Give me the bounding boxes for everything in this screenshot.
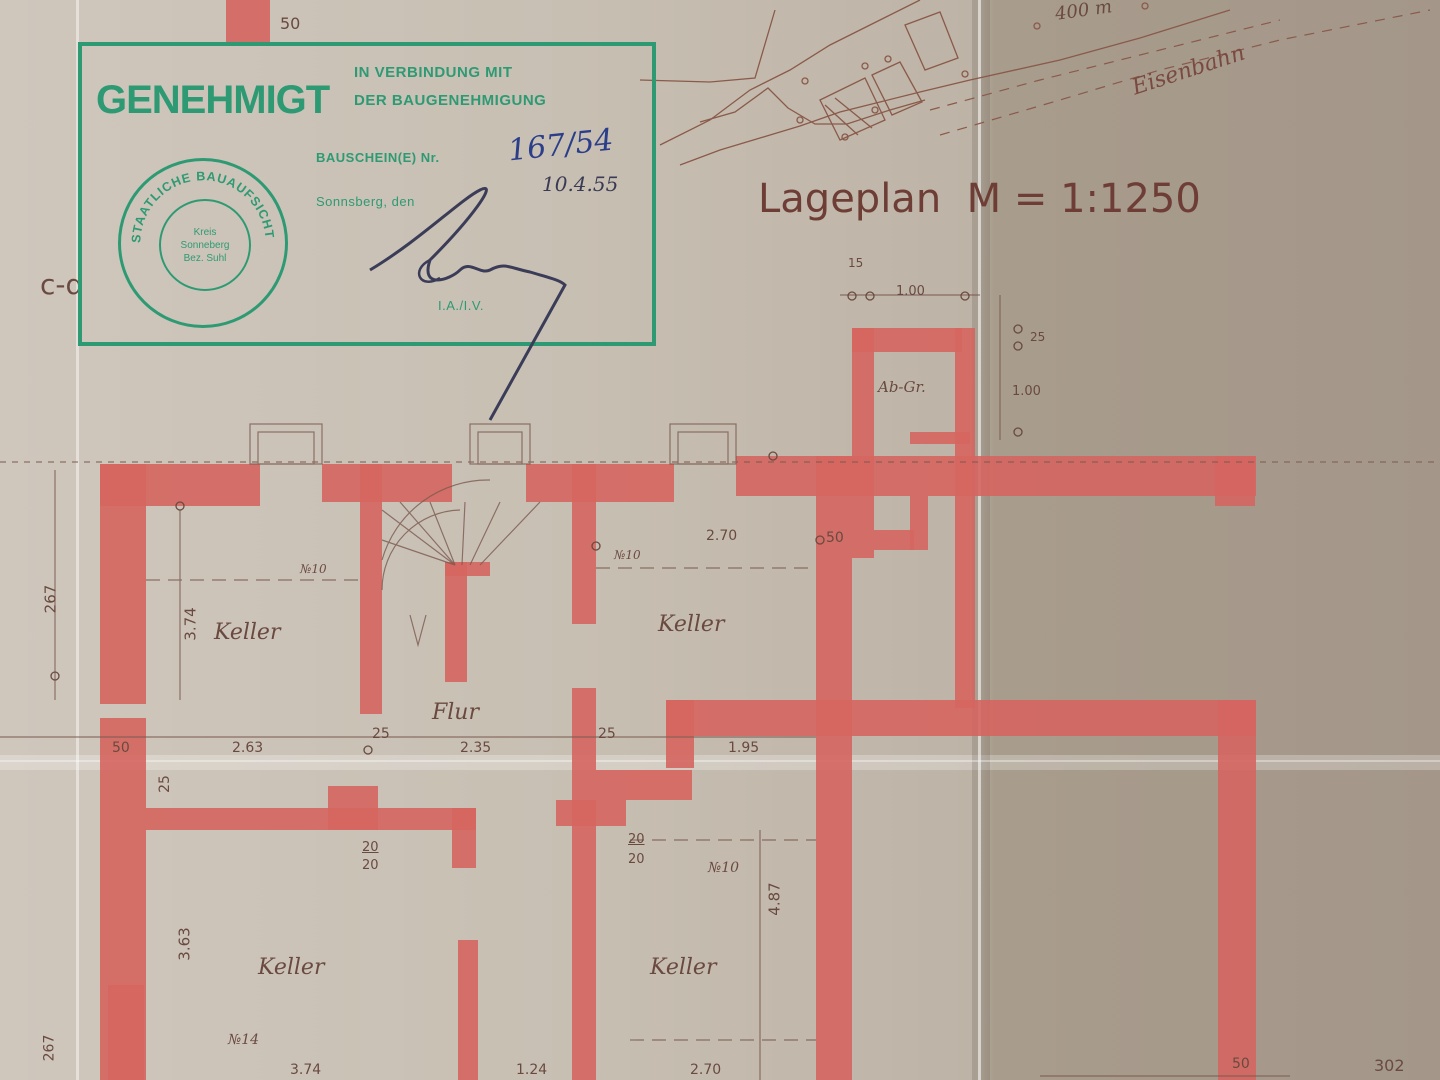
dimension-label: 50 bbox=[112, 740, 130, 756]
dimension-label: 3.74 bbox=[182, 607, 200, 640]
floor-label: №10 bbox=[614, 548, 641, 562]
dimension-label: 267 bbox=[41, 585, 59, 614]
dimension-label: 25 bbox=[598, 726, 616, 742]
dimension-label: 1.00 bbox=[896, 284, 925, 299]
dimension-label: 1.00 bbox=[1012, 384, 1041, 399]
dimension-label: 4.87 bbox=[766, 882, 784, 915]
dimension-label: 302 bbox=[1374, 1056, 1405, 1075]
dimension-label: 25 bbox=[1030, 330, 1045, 344]
dimension-label: 25 bbox=[372, 726, 390, 742]
dimension-label: 3.74 bbox=[290, 1062, 321, 1078]
floor-label: №14 bbox=[228, 1032, 259, 1048]
dimension-label: 2.70 bbox=[690, 1062, 721, 1078]
dimension-label: 3.63 bbox=[176, 927, 194, 960]
floor-label: №10 bbox=[708, 860, 739, 876]
dimension-label: 20 bbox=[628, 832, 645, 847]
room-label: Flur bbox=[432, 700, 479, 725]
dimension-label: 25 bbox=[157, 775, 173, 793]
room-label: Keller bbox=[650, 955, 716, 980]
dimension-label: 20 bbox=[628, 852, 645, 867]
dimension-label: 1.24 bbox=[516, 1062, 547, 1078]
dimension-label: 50 bbox=[1232, 1056, 1250, 1072]
dimension-label: 1.95 bbox=[728, 740, 759, 756]
dimension-label: 2.63 bbox=[232, 740, 263, 756]
dimension-label: 2.35 bbox=[460, 740, 491, 756]
room-label: Keller bbox=[658, 612, 724, 637]
dimension-label: 20 bbox=[362, 840, 379, 855]
floor-label: №10 bbox=[300, 562, 327, 576]
room-label: Keller bbox=[214, 620, 280, 645]
dimension-label: 267 bbox=[41, 1035, 57, 1062]
room-label: Keller bbox=[258, 955, 324, 980]
room-label: Ab-Gr. bbox=[878, 378, 926, 396]
dimension-label: 50 bbox=[826, 530, 844, 546]
dimension-label: 20 bbox=[362, 858, 379, 873]
dimension-label: 15 bbox=[848, 256, 863, 270]
dimension-label: 2.70 bbox=[706, 528, 737, 544]
